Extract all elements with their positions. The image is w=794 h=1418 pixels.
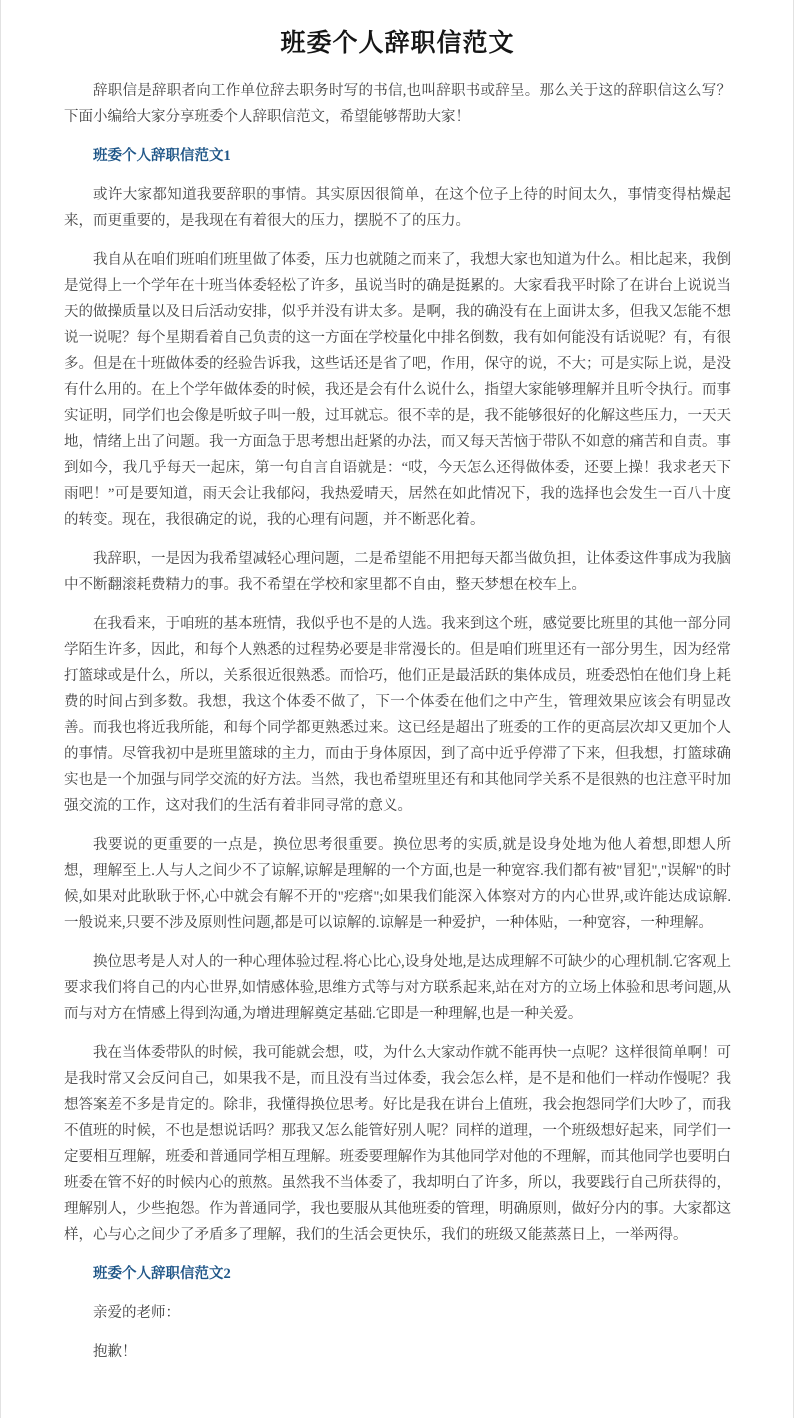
section-1-paragraph: 在我看来，于咱班的基本班情，我似乎也不是的人选。我来到这个班，感觉要比班里的其他… (64, 611, 731, 819)
section-1-heading: 班委个人辞职信范文1 (64, 143, 731, 169)
section-1-paragraph: 我辞职，一是因为我希望减轻心理问题，二是希望能不用把每天都当做负担，让体委这件事… (64, 546, 731, 598)
intro-paragraph: 辞职信是辞职者向工作单位辞去职务时写的书信,也叫辞职书或辞呈。那么关于这的辞职信… (64, 78, 731, 130)
document-page: 班委个人辞职信范文 辞职信是辞职者向工作单位辞去职务时写的书信,也叫辞职书或辞呈… (0, 0, 794, 1418)
salutation-line: 亲爱的老师： (64, 1300, 731, 1326)
section-1-paragraph: 我自从在咱们班咱们班里做了体委，压力也就随之而来了，我想大家也知道为什么。相比起… (64, 247, 731, 533)
section-1-paragraph: 我在当体委带队的时候，我可能就会想，哎，为什么大家动作就不能再快一点呢？这样很简… (64, 1040, 731, 1248)
section-1-paragraph: 或许大家都知道我要辞职的事情。其实原因很简单，在这个位子上待的时间太久，事情变得… (64, 182, 731, 234)
section-2-heading: 班委个人辞职信范文2 (64, 1261, 731, 1287)
section-1-paragraph: 我要说的更重要的一点是，换位思考很重要。换位思考的实质,就是设身处地为他人着想,… (64, 832, 731, 936)
section-1-paragraph: 换位思考是人对人的一种心理体验过程.将心比心,设身处地,是达成理解不可缺少的心理… (64, 949, 731, 1027)
apology-line: 抱歉！ (64, 1339, 731, 1365)
document-title: 班委个人辞职信范文 (64, 26, 731, 60)
